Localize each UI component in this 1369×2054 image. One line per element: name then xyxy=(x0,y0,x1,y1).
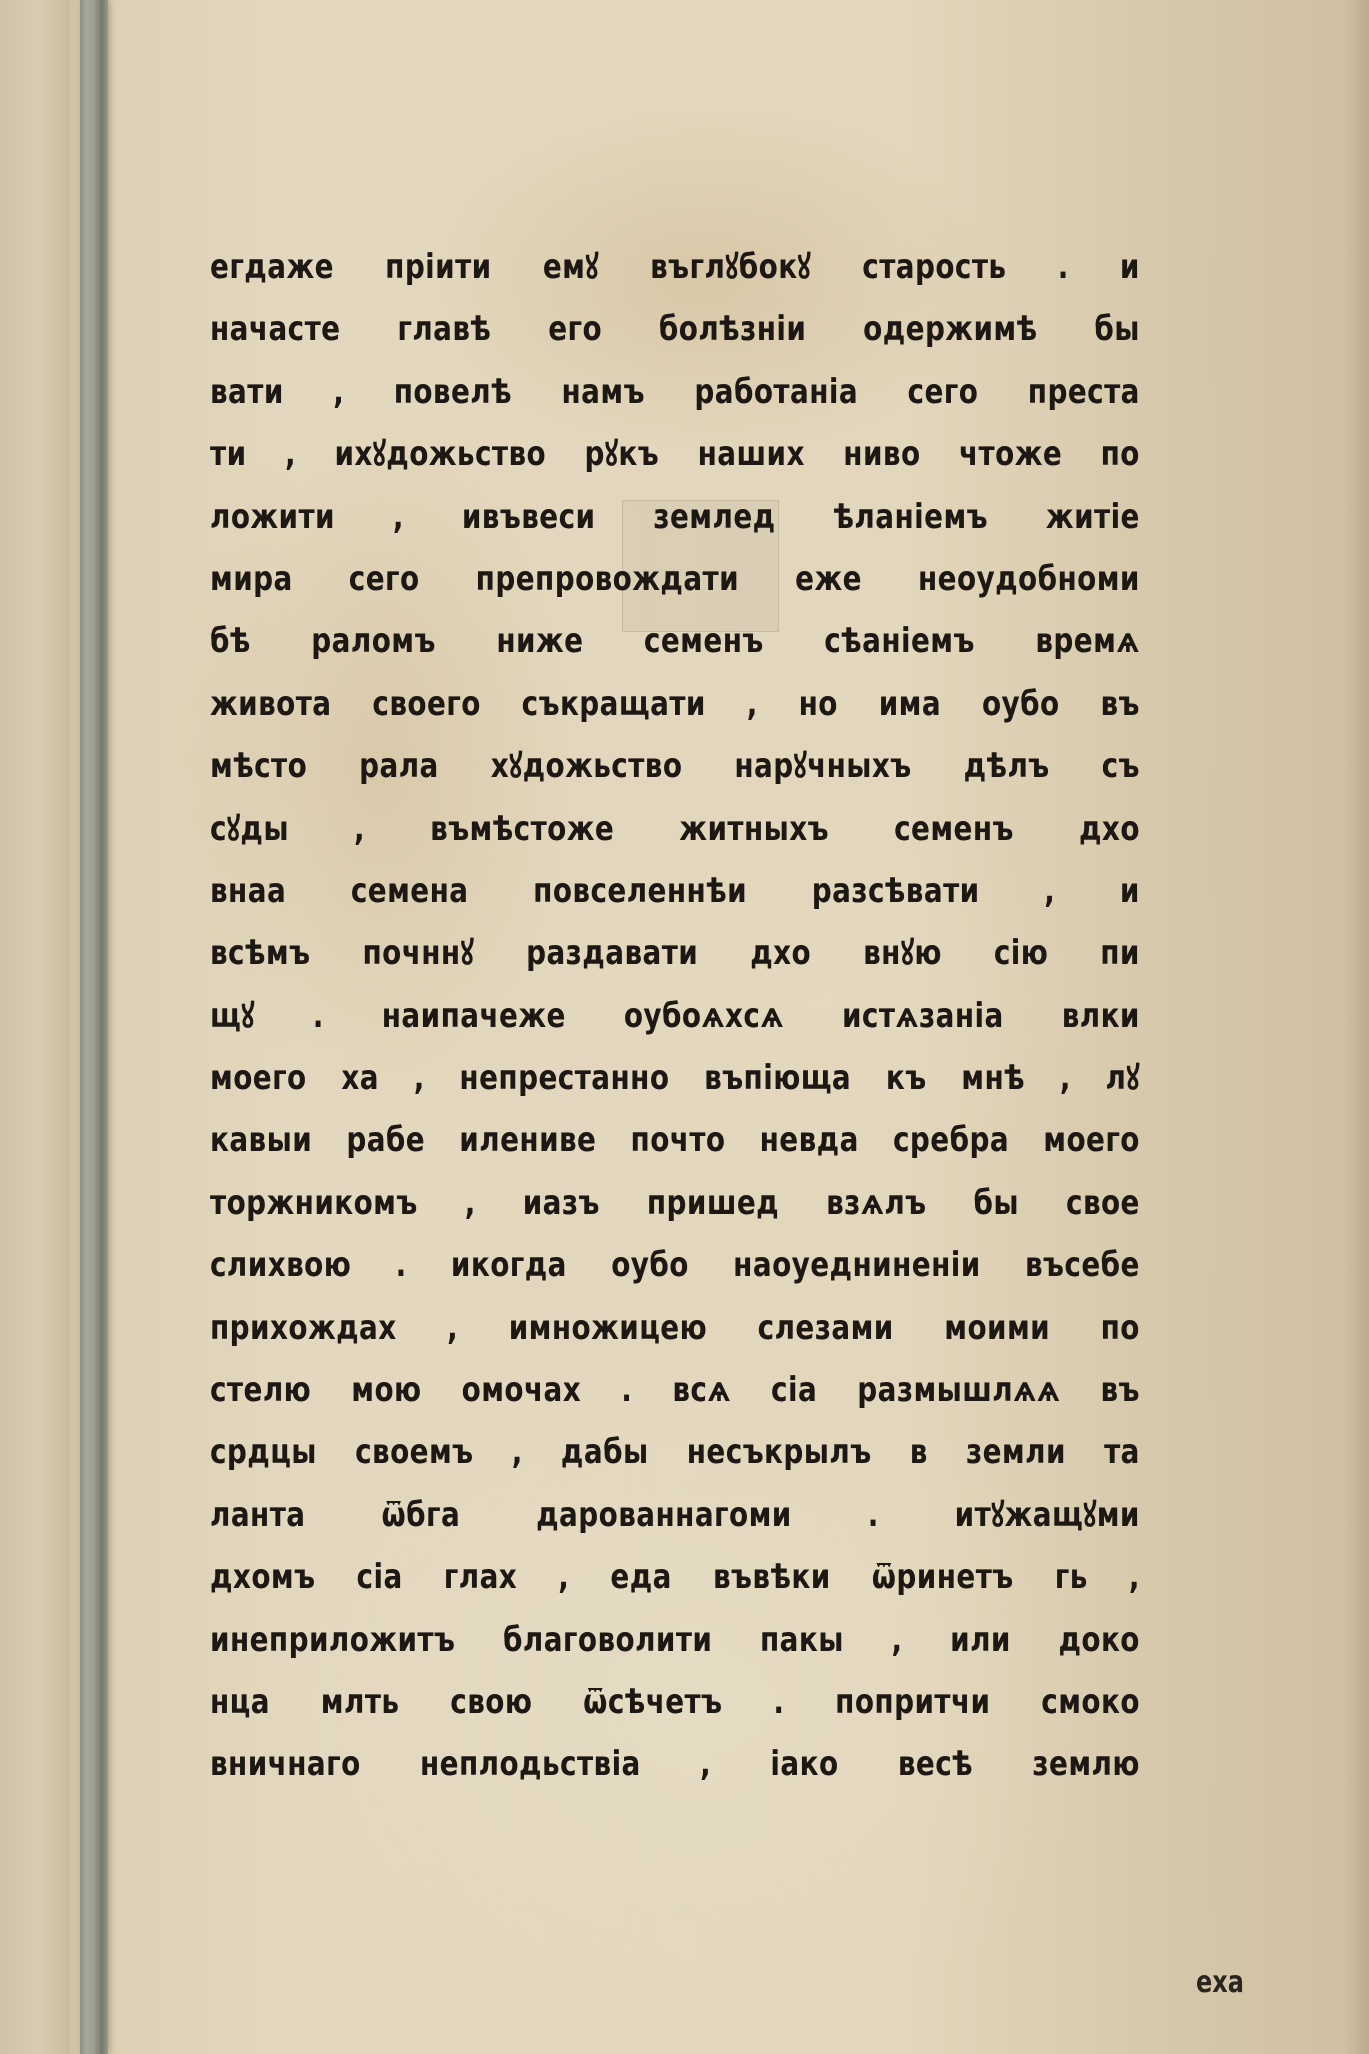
facing-page-edge xyxy=(0,0,70,2054)
text-line: мѣсто рала хꙋдожьство нарꙋчныхъ дѣлъ съ xyxy=(210,735,1140,797)
text-line: дхомъ сіа глах , еда въвѣки ѿринетъ гь , xyxy=(210,1546,1140,1608)
quire-signature: еха xyxy=(1196,1965,1244,2000)
text-line: вничнаго неплодьствіа , іако весѣ землю xyxy=(210,1733,1140,1795)
page-right-edge xyxy=(1345,0,1369,2054)
text-line: ланта ѿбга дарованнагоми . итꙋжащꙋми xyxy=(210,1484,1140,1546)
text-line: живота своего съкращати , но има оубо въ xyxy=(210,673,1140,735)
text-line: бѣ раломъ ниже семенъ сѣаніемъ времѧ xyxy=(210,610,1140,672)
binding-gutter xyxy=(80,0,108,2054)
text-line: слихвою . икогда оубо наоуедниненіи въсе… xyxy=(210,1234,1140,1296)
text-line: торжникомъ , иазъ пришед взѧлъ бы свое xyxy=(210,1172,1140,1234)
text-line: нца млть свою ѿсѣчетъ . попритчи смоко xyxy=(210,1671,1140,1733)
text-line: инеприложитъ благоволити пакы , или доко xyxy=(210,1609,1140,1671)
text-line: щꙋ . наипачеже оубоѧхсѧ истѧзаніа влки xyxy=(210,985,1140,1047)
manuscript-text-block: егдаже пріити емꙋ въглꙋбокꙋ старость . и… xyxy=(210,236,1140,1796)
text-line: егдаже пріити емꙋ въглꙋбокꙋ старость . и xyxy=(210,236,1140,298)
text-line: моего ха , непрестанно въпіюща къ мнѣ , … xyxy=(210,1047,1140,1109)
text-line: мира сего препровождати еже неоудобноми xyxy=(210,548,1140,610)
text-line: стелю мою омочах . всѧ сіа размышлѧѧ въ xyxy=(210,1359,1140,1421)
text-line: ти , ихꙋдожьство рꙋкъ наших ниво чтоже п… xyxy=(210,423,1140,485)
text-line: начасте главѣ его болѣзніи одержимѣ бы xyxy=(210,298,1140,360)
text-line: кавыи рабе илениве почто невда сребра мо… xyxy=(210,1109,1140,1171)
text-line: срдцы своемъ , дабы несъкрылъ в земли та xyxy=(210,1421,1140,1483)
text-line: всѣмъ почннꙋ раздавати дхо внꙋю сію пи xyxy=(210,922,1140,984)
text-line: прихождах , имножицею слезами моими по xyxy=(210,1297,1140,1359)
text-line: вати , повелѣ намъ работаніа сего преста xyxy=(210,361,1140,423)
text-line: ложити , ивъвеси землед ѣланіемъ житіе xyxy=(210,486,1140,548)
text-line: внаа семена повселеннѣи разсѣвати , и xyxy=(210,860,1140,922)
text-line: сꙋды , въмѣстоже житныхъ семенъ дхо xyxy=(210,798,1140,860)
